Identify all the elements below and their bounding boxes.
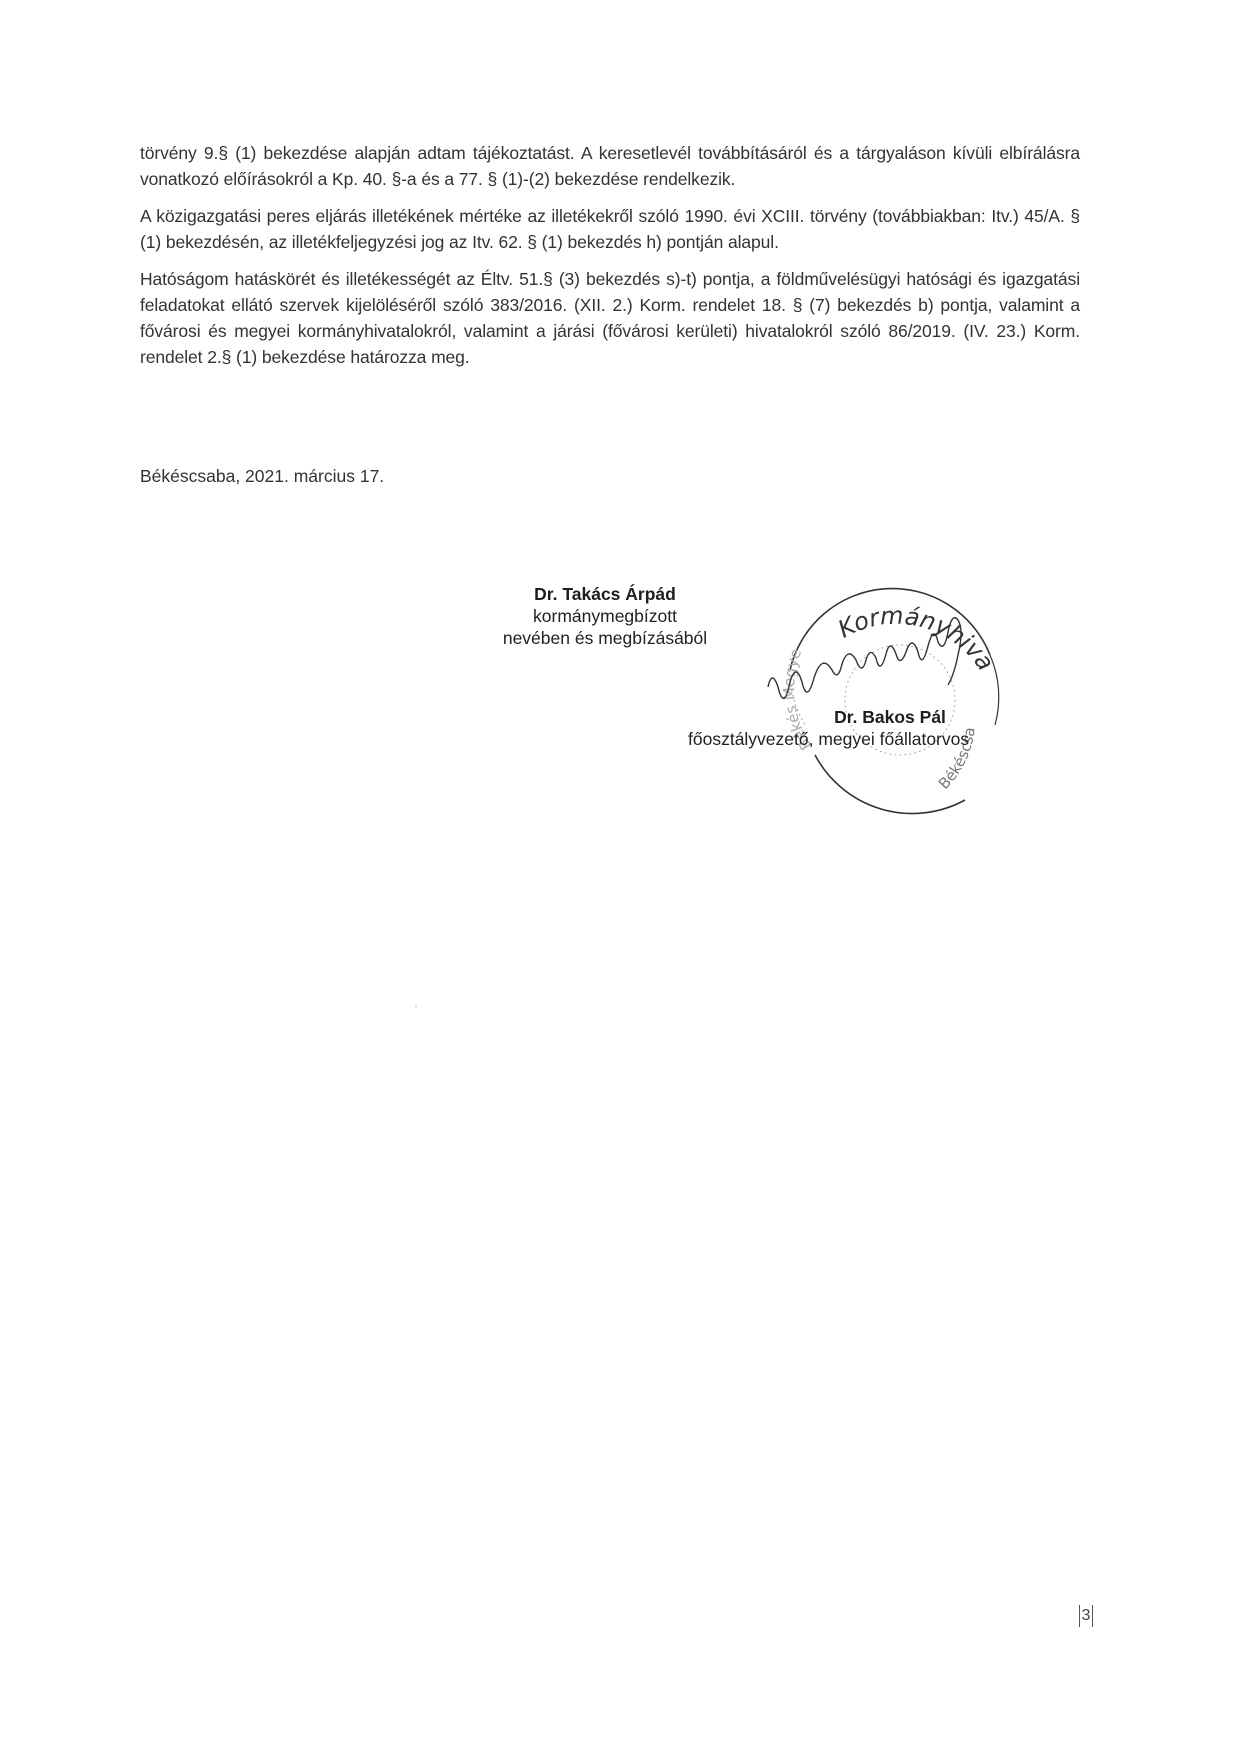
paragraph-fee: A közigazgatási peres eljárás illetékéne… [140,203,1080,255]
signer-title: főosztályvezető, megyei főállatorvos [688,729,969,750]
document-page: törvény 9.§ (1) bekezdése alapján adtam … [0,0,1240,1754]
date-place: Békéscsaba, 2021. március 17. [140,466,384,487]
signatory-on-behalf: nevében és megbízásából [475,627,735,649]
body-text: törvény 9.§ (1) bekezdése alapján adtam … [140,140,1080,381]
paragraph-competence: Hatóságom hatáskörét és illetékességét a… [140,266,1080,370]
official-stamp: Kormányhivatal Békés Megyei Békéscsaba [760,575,1020,815]
stamp-seal-icon: Kormányhivatal Békés Megyei Békéscsaba [760,575,1020,815]
paragraph-legal-basis-notice: törvény 9.§ (1) bekezdése alapján adtam … [140,140,1080,192]
signatory-role: kormánymegbízott [475,605,735,627]
scan-artifact [415,1006,417,1007]
signer-name: Dr. Bakos Pál [780,707,1000,728]
signature-block: Dr. Takács Árpád kormánymegbízott nevébe… [475,583,735,649]
signatory-name: Dr. Takács Árpád [475,583,735,605]
page-number: 3 [1079,1605,1093,1627]
